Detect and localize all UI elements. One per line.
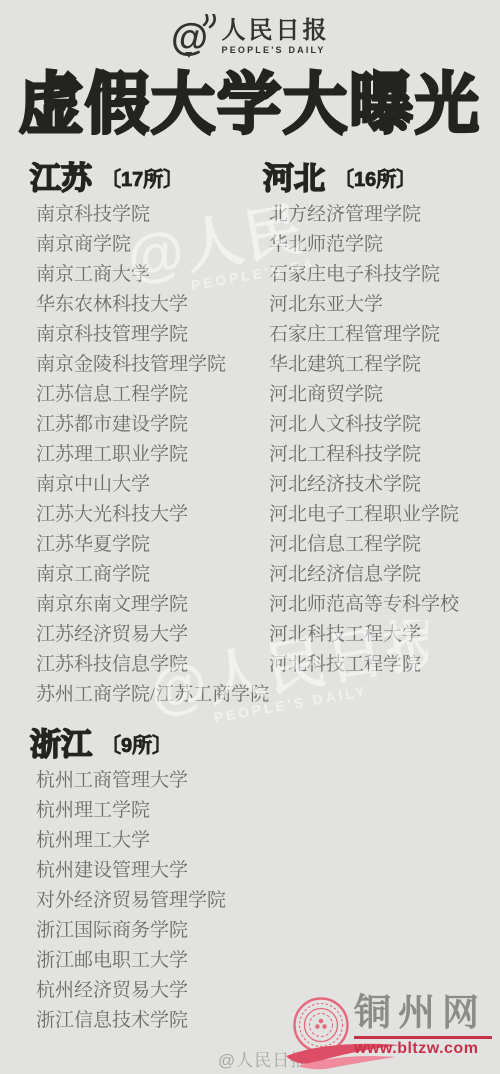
- university-list-hebei: 北方经济管理学院华北师范学院石家庄电子科技学院河北东亚大学石家庄工程管理学院华北…: [263, 200, 490, 680]
- left-column: 江苏 〔17所〕 南京科技学院南京商学院南京工商大学华东农林科技大学南京科技管理…: [30, 156, 263, 1036]
- section-name: 浙江: [30, 719, 92, 764]
- list-item: 南京中山大学: [36, 470, 263, 500]
- list-item: 河北人文科技学院: [269, 410, 490, 440]
- list-item: 华东农林科技大学: [36, 290, 263, 320]
- list-item: 南京东南文理学院: [36, 590, 263, 620]
- list-item: 石家庄工程管理学院: [269, 320, 490, 350]
- list-item: 河北信息工程学院: [269, 530, 490, 560]
- list-item: 华北建筑工程学院: [269, 350, 490, 380]
- list-item: 南京商学院: [36, 230, 263, 260]
- list-item: 河北师范高等专科学校: [269, 590, 490, 620]
- list-item: 南京科技学院: [36, 200, 263, 230]
- list-item: 河北商贸学院: [269, 380, 490, 410]
- list-item: 杭州建设管理大学: [36, 856, 263, 886]
- poster: @ 人民日报 PEOPLE'S DAILY 虚假大学大曝光 江苏 〔17所〕 南…: [0, 0, 500, 1074]
- list-item: 江苏科技信息学院: [36, 650, 263, 680]
- list-item: 南京金陵科技管理学院: [36, 350, 263, 380]
- section-header-hebei: 河北 〔16所〕: [263, 156, 490, 194]
- logo-text-cn: 人民日报: [222, 18, 330, 44]
- site-logo: 铜州网 www.bltzw.com: [290, 988, 496, 1072]
- list-item: 河北东亚大学: [269, 290, 490, 320]
- list-item: 南京工商大学: [36, 260, 263, 290]
- list-item: 苏州工商学院/江苏工商学院: [36, 680, 263, 710]
- list-item: 华北师范学院: [269, 230, 490, 260]
- list-item: 杭州工商管理大学: [36, 766, 263, 796]
- list-item: 石家庄电子科技学院: [269, 260, 490, 290]
- list-item: 河北经济技术学院: [269, 470, 490, 500]
- section-name: 河北: [263, 153, 325, 198]
- section-header-zhejiang: 浙江 〔9所〕: [30, 722, 263, 760]
- list-item: 对外经济贸易管理学院: [36, 886, 263, 916]
- list-item: 江苏华夏学院: [36, 530, 263, 560]
- section-name: 江苏: [30, 153, 92, 198]
- list-item: 浙江信息技术学院: [36, 1006, 263, 1036]
- list-item: 杭州理工大学: [36, 826, 263, 856]
- list-item: 河北科技工程大学: [269, 620, 490, 650]
- section-count: 〔16所〕: [334, 159, 416, 192]
- list-item: 北方经济管理学院: [269, 200, 490, 230]
- list-item: 江苏信息工程学院: [36, 380, 263, 410]
- list-item: 河北科技工程学院: [269, 650, 490, 680]
- logo-text-en: PEOPLE'S DAILY: [222, 44, 330, 56]
- university-list-zhejiang: 杭州工商管理大学杭州理工学院杭州理工大学杭州建设管理大学对外经济贸易管理学院浙江…: [30, 766, 263, 1036]
- site-url: www.bltzw.com: [354, 1040, 496, 1058]
- list-item: 河北经济信息学院: [269, 560, 490, 590]
- page-title: 虚假大学大曝光: [0, 56, 500, 152]
- section-header-jiangsu: 江苏 〔17所〕: [30, 156, 263, 194]
- list-item: 南京工商学院: [36, 560, 263, 590]
- list-item: 浙江国际商务学院: [36, 916, 263, 946]
- list-item: 杭州理工学院: [36, 796, 263, 826]
- list-item: 江苏经济贸易大学: [36, 620, 263, 650]
- list-item: 南京科技管理学院: [36, 320, 263, 350]
- list-item: 江苏理工职业学院: [36, 440, 263, 470]
- content-columns: 江苏 〔17所〕 南京科技学院南京商学院南京工商大学华东农林科技大学南京科技管理…: [30, 156, 490, 1036]
- site-rule: [354, 1036, 492, 1039]
- list-item: 杭州经济贸易大学: [36, 976, 263, 1006]
- site-name: 铜州网: [354, 992, 496, 1034]
- list-item: 江苏大光科技大学: [36, 500, 263, 530]
- section-count: 〔17所〕: [101, 159, 183, 192]
- list-item: 江苏都市建设学院: [36, 410, 263, 440]
- list-item: 河北工程科技学院: [269, 440, 490, 470]
- right-column: 河北 〔16所〕 北方经济管理学院华北师范学院石家庄电子科技学院河北东亚大学石家…: [263, 156, 490, 1036]
- section-count: 〔9所〕: [101, 725, 172, 758]
- peoples-daily-logo: @ 人民日报 PEOPLE'S DAILY: [0, 14, 500, 60]
- list-item: 浙江邮电职工大学: [36, 946, 263, 976]
- university-list-jiangsu: 南京科技学院南京商学院南京工商大学华东农林科技大学南京科技管理学院南京金陵科技管…: [30, 200, 263, 710]
- at-megaphone-icon: @: [171, 14, 217, 60]
- list-item: 河北电子工程职业学院: [269, 500, 490, 530]
